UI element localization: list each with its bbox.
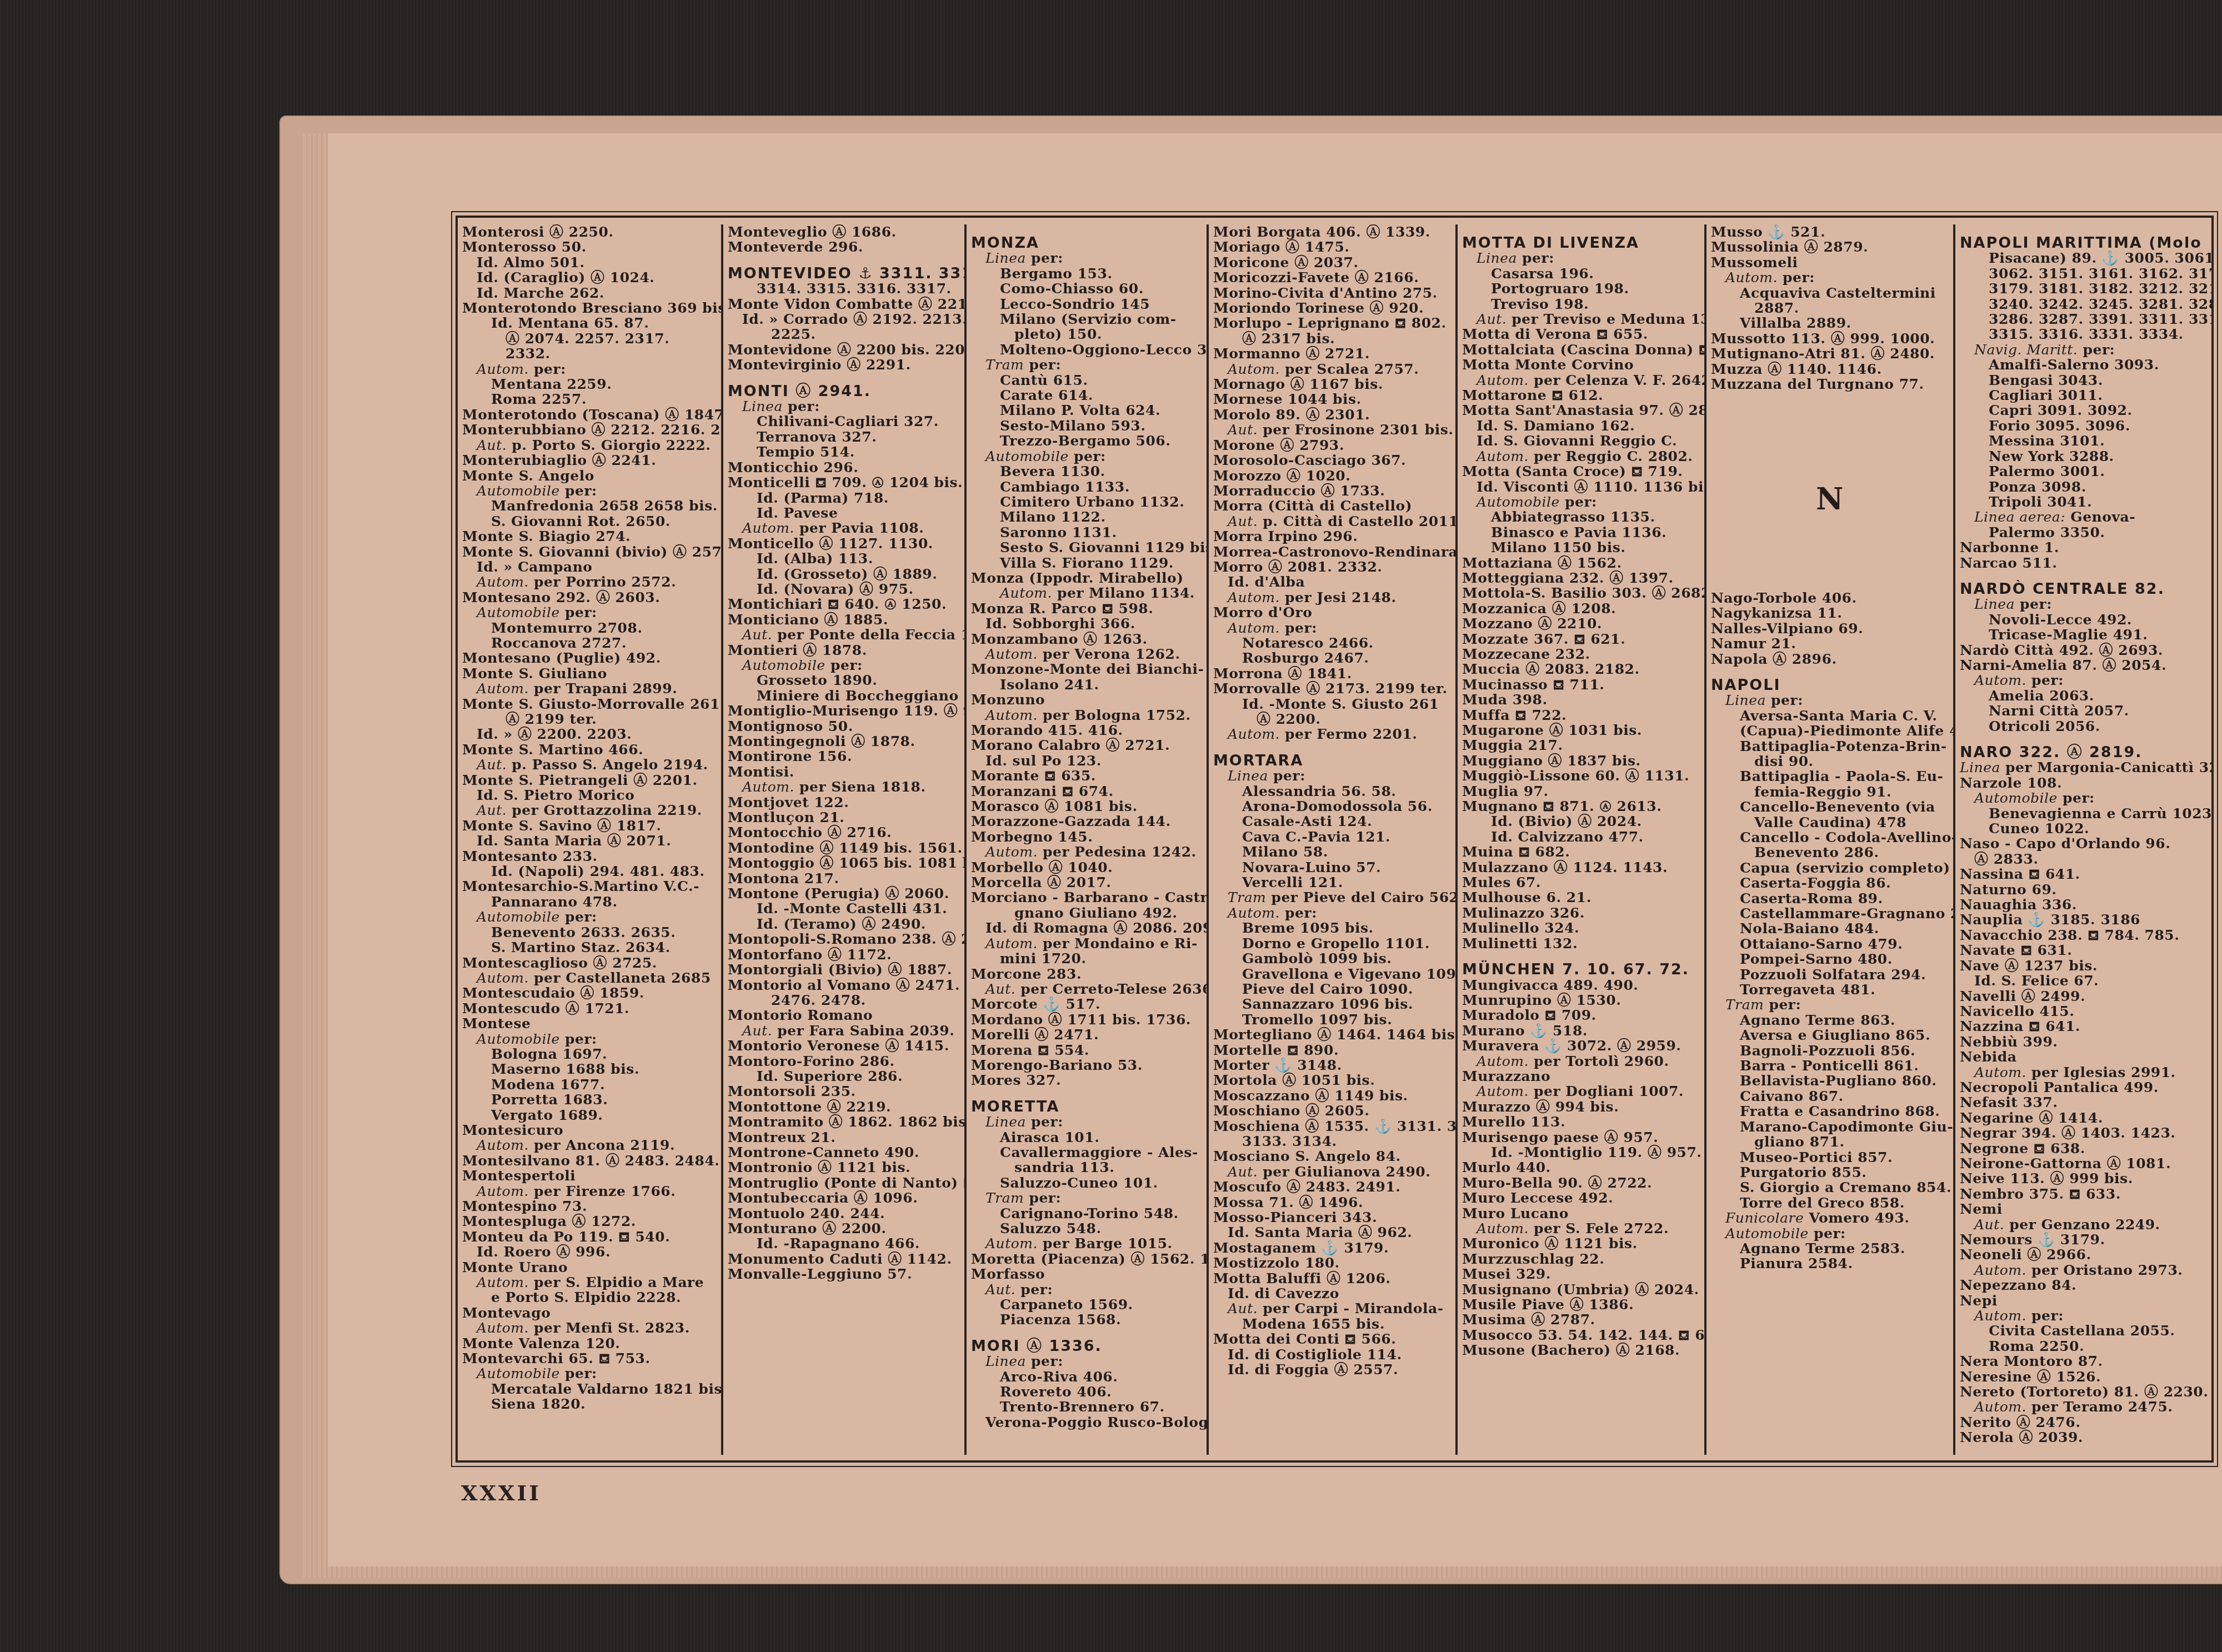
index-entry: Mulinetti 132. <box>1462 936 1700 951</box>
index-entry: Autom. per Porrino 2572. <box>462 574 717 589</box>
index-entry: Funicolare Vomero 493. <box>1711 1210 1949 1225</box>
index-entry: Linea aerea: Genova- <box>1960 509 2207 524</box>
service-type-label: Autom. <box>1477 448 1529 464</box>
index-entry: Novoli-Lecce 492. <box>1960 612 2207 627</box>
index-entry: Autom. per Milano 1134. <box>971 585 1202 600</box>
index-entry: 3240. 3242. 3245. 3281. 3285. <box>1960 297 2207 312</box>
index-entry: Id. Sobborghi 366. <box>971 616 1202 631</box>
index-entry: Montesilvano 81. Ⓐ 2483. 2484. <box>462 1153 717 1168</box>
index-entry: Nauaghia 336. <box>1960 897 2207 912</box>
index-entry: Automobile per: <box>1711 1226 1949 1241</box>
service-type-label: Linea <box>985 250 1026 266</box>
station-heading: MONTI Ⓐ 2941. <box>728 384 960 399</box>
index-entry: Forio 3095. 3096. <box>1960 418 2207 433</box>
index-entry: Monte Urano <box>462 1260 717 1275</box>
index-entry: S. Giovanni Rot. 2650. <box>462 514 717 529</box>
index-entry: Musone (Bachero) Ⓐ 2168. <box>1462 1343 1700 1358</box>
index-entry: Automobile per: <box>728 658 960 673</box>
index-entry: Sesto S. Giovanni 1129 bis. <box>971 540 1202 555</box>
index-entry: Airasca 101. <box>971 1130 1202 1145</box>
index-entry: Montesano (Puglie) 492. <box>462 650 717 665</box>
index-entry: Alessandria 56. 58. <box>1213 784 1451 799</box>
service-type-label: Autom. <box>477 574 529 590</box>
index-entry: Cava C.-Pavia 121. <box>1213 829 1451 844</box>
index-entry: Aut. per: <box>971 1282 1202 1297</box>
service-type-label: Linea <box>1974 596 2015 612</box>
index-entry: Mortola Ⓐ 1051 bis. <box>1213 1073 1451 1088</box>
index-entry: Aut. per Grottazzolina 2219. <box>462 803 717 818</box>
index-entry: Museo-Portici 857. <box>1711 1150 1949 1165</box>
index-entry: Morbello Ⓐ 1040. <box>971 860 1202 875</box>
index-entry: Id. -Montiglio 119. Ⓐ 957. <box>1462 1145 1700 1160</box>
index-entry: Amalfi-Salerno 3093. <box>1960 357 2207 372</box>
service-type-label: Linea aerea: <box>1974 509 2065 525</box>
index-entry: Mottarone ⛾ 612. <box>1462 388 1700 403</box>
index-entry: Pozzuoli Solfatara 294. <box>1711 967 1949 982</box>
index-entry: Montespino 73. <box>462 1199 717 1214</box>
index-entry: Montescaglioso Ⓐ 2725. <box>462 955 717 970</box>
index-entry: Id. (Parma) 718. <box>728 490 960 505</box>
index-entry: Automobile per: <box>971 449 1202 464</box>
index-entry: Negarine Ⓐ 1414. <box>1960 1110 2207 1125</box>
index-entry: Namur 21. <box>1711 636 1949 651</box>
index-entry: Negrar 394. Ⓐ 1403. 1423. <box>1960 1125 2207 1140</box>
index-entry: S. Martino Staz. 2634. <box>462 940 717 955</box>
index-column-3: MONZALinea per:Bergamo 153.Como-Chiasso … <box>964 224 1207 1455</box>
index-entry: Villa S. Fiorano 1129. <box>971 555 1202 570</box>
index-entry: Aversa e Giugliano 865. <box>1711 1028 1949 1043</box>
service-type-label: Aut. <box>1974 1217 2004 1233</box>
index-entry: 3286. 3287. 3391. 3311. 3314. <box>1960 312 2207 327</box>
station-heading: MORETTA <box>971 1099 1202 1114</box>
index-entry: Montramito Ⓐ 1862. 1862 bis. <box>728 1114 960 1129</box>
index-entry: Monterotondo Bresciano 369 bis. <box>462 301 717 316</box>
index-entry: Cancello - Codola-Avellino- <box>1711 830 1949 845</box>
index-entry: Autom. per Fermo 2201. <box>1213 727 1451 742</box>
index-entry: Cancello-Benevento (via <box>1711 799 1949 814</box>
index-entry: Muronico Ⓐ 1121 bis. <box>1462 1236 1700 1251</box>
index-entry: Id. sul Po 123. <box>971 753 1202 768</box>
index-entry: Mosso-Pianceri 343. <box>1213 1210 1451 1225</box>
index-entry: Binasco e Pavia 1136. <box>1462 525 1700 540</box>
service-type-label: Automobile <box>985 448 1069 464</box>
index-entry: Morone Ⓐ 2793. <box>1213 438 1451 453</box>
index-entry: Ⓐ 2833. <box>1960 852 2207 867</box>
index-table-frame: Monterosi Ⓐ 2250.Monterosso 50.Id. Almo … <box>456 216 2214 1463</box>
index-entry: Id. Superiore 286. <box>728 1069 960 1084</box>
index-entry: Notaresco 2466. <box>1213 635 1451 650</box>
index-entry: Muzza Ⓐ 1140. 1146. <box>1711 362 1949 377</box>
index-entry: Autom. per Scalea 2757. <box>1213 362 1451 377</box>
index-entry: Linea per: <box>971 251 1202 266</box>
index-entry: Mussolinia Ⓐ 2879. <box>1711 239 1949 254</box>
index-entry: Pannarano 478. <box>462 894 717 909</box>
index-entry: Negrone ⛾ 638. <box>1960 1141 2207 1156</box>
index-entry: Morra (Città di Castello) <box>1213 498 1451 513</box>
index-entry: Linea per: <box>971 1354 1202 1369</box>
index-entry: Autom. per Celenza V. F. 2642 <box>1462 373 1700 388</box>
index-entry: Musei 329. <box>1462 1266 1700 1281</box>
index-entry: Morante ⛾ 635. <box>971 768 1202 783</box>
service-type-label: Autom. <box>985 707 1038 723</box>
index-entry: Mutignano-Atri 81. Ⓐ 2480. <box>1711 346 1949 361</box>
index-entry: Napola Ⓐ 2896. <box>1711 652 1949 667</box>
index-entry: Agnano Terme 863. <box>1711 1013 1949 1028</box>
service-type-label: Automobile <box>1725 1225 1809 1241</box>
service-type-label: Autom. <box>477 361 529 377</box>
index-entry: Id. di Romagna Ⓐ 2086. 2098 <box>971 920 1202 935</box>
service-type-label: Automobile <box>1477 494 1560 510</box>
index-entry: Ottaiano-Sarno 479. <box>1711 937 1949 952</box>
index-entry: Neresine Ⓐ 1526. <box>1960 1369 2207 1384</box>
index-entry: 3133. 3134. <box>1213 1134 1451 1149</box>
index-entry: Nago-Torbole 406. <box>1711 590 1949 605</box>
index-entry: Roccanova 2727. <box>462 635 717 650</box>
index-entry: Aut. per Ponte della Feccia 1884. <box>728 627 960 642</box>
index-entry: Montocchio Ⓐ 2716. <box>728 825 960 840</box>
index-entry: Saluzzo 548. <box>971 1221 1202 1236</box>
index-entry: Messina 3101. <box>1960 433 2207 448</box>
service-type-label: Aut. <box>477 437 507 453</box>
service-type-label: Linea <box>1725 692 1766 708</box>
index-entry: Ⓐ 2317 bis. <box>1213 331 1451 346</box>
index-entry: Montorio al Vomano Ⓐ 2471. <box>728 978 960 993</box>
index-entry: Mores 327. <box>971 1073 1202 1088</box>
service-type-label: Autom. <box>1974 672 2026 688</box>
index-entry: Autom. per: <box>1213 905 1451 920</box>
service-type-label: Automobile <box>477 1031 560 1047</box>
index-entry: Aversa-Santa Maria C. V. <box>1711 708 1949 723</box>
index-entry: Montesicuro <box>462 1123 717 1138</box>
index-entry: Morra Irpino 296. <box>1213 529 1451 544</box>
index-entry: Montorio Romano <box>728 1008 960 1023</box>
index-entry: Milano (Servizio com- <box>971 312 1202 327</box>
index-entry: Milano P. Volta 624. <box>971 403 1202 418</box>
service-type-label: Aut. <box>742 627 772 643</box>
index-entry: gnano Giuliano 492. <box>971 905 1202 920</box>
index-entry: Autom. per Reggio C. 2802. <box>1462 449 1700 464</box>
index-entry: Mossa 71. Ⓐ 1496. <box>1213 1195 1451 1210</box>
index-entry: Monteveglio Ⓐ 1686. <box>728 224 960 239</box>
index-entry: Morengo-Bariano 53. <box>971 1058 1202 1073</box>
index-entry: Mussotto 113. Ⓐ 999. 1000. <box>1711 331 1949 346</box>
index-entry: Ⓐ 2074. 2257. 2317. <box>462 331 717 346</box>
index-entry: Abbiategrasso 1135. <box>1462 509 1700 524</box>
index-entry: Id. Visconti Ⓐ 1110. 1136 bis. <box>1462 479 1700 494</box>
index-entry: Tram per: <box>971 357 1202 372</box>
index-entry: Id. S. Giovanni Reggio C. <box>1462 433 1700 448</box>
index-entry: Aut. per Carpi - Mirandola- <box>1213 1301 1451 1316</box>
index-entry: Montisi. <box>728 764 960 779</box>
index-entry: Torre del Greco 858. <box>1711 1195 1949 1210</box>
station-heading: NAPOLI MARITTIMA (Molo <box>1960 236 2207 251</box>
index-entry: Mercatale Valdarno 1821 bis <box>462 1381 717 1396</box>
index-entry: Montevirginio Ⓐ 2291. <box>728 357 960 372</box>
service-type-label: Autom. <box>1974 1399 2026 1415</box>
index-entry: Marano-Capodimonte Giu- <box>1711 1119 1949 1134</box>
index-entry: Benevento 286. <box>1711 845 1949 860</box>
index-entry: Morosolo-Casciago 367. <box>1213 453 1451 468</box>
column-6-m-entries: Musso ⚓ 521.Mussolinia Ⓐ 2879.MussomeliA… <box>1711 224 1949 392</box>
index-entry: Id. S. Damiano 162. <box>1462 418 1700 433</box>
index-entry: Automobile per: <box>462 1032 717 1047</box>
index-entry: Montruglio (Ponte di Nanto) ⛾ 660. <box>728 1175 960 1190</box>
index-entry: Montreux 21. <box>728 1130 960 1145</box>
index-entry: Automobile per: <box>462 1366 717 1381</box>
index-entry: Id. » Campano <box>462 559 717 574</box>
index-entry: Automobile per: <box>1960 790 2207 805</box>
index-entry: Monte S. Angelo <box>462 468 717 483</box>
index-entry: Nebida <box>1960 1049 2207 1064</box>
index-entry: Mugarone Ⓐ 1031 bis. <box>1462 723 1700 738</box>
index-entry: Montorfano Ⓐ 1172. <box>728 947 960 962</box>
index-entry: Linea per: <box>971 1114 1202 1129</box>
index-column-1: Monterosi Ⓐ 2250.Monterosso 50.Id. Almo … <box>458 224 721 1455</box>
index-entry: Nembro 375. ⛾ 633. <box>1960 1187 2207 1202</box>
index-entry: Id. d'Alba <box>1213 574 1451 589</box>
index-entry: Mussomeli <box>1711 255 1949 270</box>
index-entry: Moricozzi-Favete Ⓐ 2166. <box>1213 270 1451 285</box>
index-entry: Narni Città 2057. <box>1960 703 2207 718</box>
index-entry: Arona-Domodossola 56. <box>1213 799 1451 814</box>
index-entry: Purgatorio 855. <box>1711 1165 1949 1180</box>
index-entry: Navacchio 238. ⛾ 784. 785. <box>1960 928 2207 943</box>
station-heading: MÜNCHEN 7. 10. 67. 72. <box>1462 962 1700 977</box>
service-type-label: Linea <box>985 1353 1026 1369</box>
index-entry: Montrone-Canneto 490. <box>728 1145 960 1160</box>
index-entry: Mules 67. <box>1462 875 1700 890</box>
index-entry: Naturno 69. <box>1960 882 2207 897</box>
index-entry: Nardò Città 492. Ⓐ 2693. <box>1960 643 2207 658</box>
station-heading: NARO 322. Ⓐ 2819. <box>1960 745 2207 760</box>
index-entry: Id. (Napoli) 294. 481. 483. <box>462 864 717 879</box>
index-entry: Manfredonia 2658 2658 bis. <box>462 498 717 513</box>
index-entry: Monteu da Po 119. ⛾ 540. <box>462 1229 717 1244</box>
service-type-label: Autom. <box>1974 1064 2026 1080</box>
index-entry: Morro d'Oro <box>1213 605 1451 620</box>
index-entry: Monza R. Parco ⛾ 598. <box>971 601 1202 616</box>
index-entry: Id. (Grosseto) Ⓐ 1889. <box>728 567 960 582</box>
index-entry: Novara-Luino 57. <box>1213 860 1451 875</box>
index-entry: Mornago Ⓐ 1167 bis. <box>1213 377 1451 392</box>
index-entry: Morcella Ⓐ 2017. <box>971 875 1202 890</box>
index-entry: Montignoso 50. <box>728 719 960 734</box>
index-entry: Civita Castellana 2055. <box>1960 1323 2207 1338</box>
index-entry: Monterosso 50. <box>462 239 717 254</box>
index-entry: femia-Reggio 91. <box>1711 784 1949 799</box>
index-entry: Dorno e Gropello 1101. <box>1213 936 1451 951</box>
service-type-label: Aut. <box>1228 1300 1258 1316</box>
index-entry: 2332. <box>462 346 717 361</box>
index-entry: Moscufo Ⓐ 2483. 2491. <box>1213 1179 1451 1194</box>
index-entry: Muccia Ⓐ 2083. 2182. <box>1462 662 1700 677</box>
index-entry: Monterubiaglio Ⓐ 2241. <box>462 453 717 468</box>
index-entry: Autom. per S. Fele 2722. <box>1462 1221 1700 1236</box>
service-type-label: Autom. <box>1974 1308 2026 1324</box>
index-entry: Pisacane) 89. ⚓ 3005. 3061. <box>1960 251 2207 266</box>
index-entry: Castellammare-Gragnano 290. <box>1711 906 1949 921</box>
index-entry: Muro Lucano <box>1462 1206 1700 1221</box>
index-entry: Morano Calabro Ⓐ 2721. <box>971 738 1202 753</box>
index-entry: Autom. per S. Elpidio a Mare <box>462 1275 717 1290</box>
index-entry: Autom. per Bologna 1752. <box>971 708 1202 723</box>
index-entry: Tram per: <box>1711 997 1949 1012</box>
index-entry: Montieri Ⓐ 1878. <box>728 643 960 658</box>
index-entry: Montespluga Ⓐ 1272. <box>462 1214 717 1229</box>
index-entry: e Porto S. Elpidio 2228. <box>462 1290 717 1305</box>
index-entry: Monte S. Giusto-Morrovalle 261 <box>462 697 717 712</box>
page-number: XXXII <box>461 1480 541 1505</box>
index-entry: Aut. p. Città di Castello 2011. <box>1213 514 1451 529</box>
service-type-label: Autom. <box>742 520 794 536</box>
index-entry: Montubeccaria Ⓐ 1096. <box>728 1190 960 1205</box>
index-entry: Morraduccio Ⓐ 1733. <box>1213 483 1451 498</box>
index-entry: Motta dei Conti ⛾ 566. <box>1213 1331 1451 1346</box>
service-type-label: Autom. <box>742 779 794 795</box>
index-entry: Nassina ⛾ 641. <box>1960 867 2207 882</box>
index-entry: Montese <box>462 1016 717 1031</box>
index-entry: Id. Santa Maria Ⓐ 2071. <box>462 833 717 848</box>
service-type-label: Autom. <box>1228 589 1280 605</box>
index-entry: Pieve del Cairo 1090. <box>1213 982 1451 997</box>
index-entry: Agnano Terme 2583. <box>1711 1241 1949 1256</box>
index-entry: Grosseto 1890. <box>728 673 960 688</box>
index-entry: Id. (Alba) 113. <box>728 551 960 566</box>
index-entry: Casale-Asti 124. <box>1213 814 1451 829</box>
index-entry: Verona-Poggio Rusco-Bologna 67 <box>971 1415 1202 1430</box>
index-entry: Muffa ⛾ 722. <box>1462 708 1700 723</box>
service-type-label: Autom. <box>1974 1262 2026 1278</box>
station-heading: NAPOLI <box>1711 678 1949 693</box>
service-type-label: Aut. <box>1228 513 1258 529</box>
index-entry: Montuolo 240. 244. <box>728 1206 960 1221</box>
service-type-label: Autom. <box>477 1183 529 1199</box>
index-entry: Montemurro 2708. <box>462 620 717 635</box>
index-entry: Siena 1820. <box>462 1396 717 1411</box>
index-entry: Montluçon 21. <box>728 810 960 825</box>
index-entry: Id. S. Felice 67. <box>1960 973 2207 988</box>
index-entry: Monvalle-Leggiuno 57. <box>728 1266 960 1281</box>
index-entry: Monzuno <box>971 692 1202 707</box>
index-entry: Id. -Rapagnano 466. <box>728 1236 960 1251</box>
index-entry: Battipaglia-Potenza-Brin- <box>1711 739 1949 754</box>
station-heading: MONTEVIDEO ⚓ 3311. 3312. <box>728 266 960 281</box>
index-entry: Id. (Novara) Ⓐ 975. <box>728 582 960 597</box>
index-entry: Torregaveta 481. <box>1711 982 1949 997</box>
index-entry: 3314. 3315. 3316. 3317. <box>728 281 960 296</box>
index-entry: Lecco-Sondrio 145 <box>971 297 1202 312</box>
index-entry: Muina ⛾ 682. <box>1462 844 1700 859</box>
index-entry: Montorio Veronese Ⓐ 1415. <box>728 1038 960 1053</box>
column-6-n-entries: Nago-Torbole 406.Nagykanizsa 11.Nalles-V… <box>1711 590 1949 1271</box>
index-entry: Autom. per Tortolì 2960. <box>1462 1054 1700 1069</box>
service-type-label: Aut. <box>985 1281 1015 1298</box>
index-entry: Montoro-Forino 286. <box>728 1054 960 1069</box>
index-entry: Morelli Ⓐ 2471. <box>971 1027 1202 1042</box>
index-entry: Murisengo paese Ⓐ 957. <box>1462 1130 1700 1145</box>
index-entry: Ⓐ 2199 ter. <box>462 712 717 727</box>
service-type-label: Navig. Maritt. <box>1974 342 2078 358</box>
service-type-label: Autom. <box>1228 620 1280 636</box>
index-entry: Autom. per Oristano 2973. <box>1960 1263 2207 1278</box>
index-entry: Morfasso <box>971 1266 1202 1281</box>
index-entry: Mozzecane 232. <box>1462 647 1700 662</box>
index-entry: Navate ⛾ 631. <box>1960 943 2207 958</box>
index-entry: Morter ⚓ 3148. <box>1213 1058 1451 1073</box>
index-entry: Monte Vidon Combatte Ⓐ 2214. <box>728 297 960 312</box>
index-entry: Battipaglia - Paola-S. Eu- <box>1711 769 1949 784</box>
service-type-label: Autom. <box>477 1320 529 1336</box>
index-entry: Monte Valenza 120. <box>462 1336 717 1351</box>
index-entry: Cagliari 3011. <box>1960 388 2207 403</box>
index-entry: 3315. 3316. 3331. 3334. <box>1960 327 2207 342</box>
index-entry: Muggia 217. <box>1462 738 1700 753</box>
index-entry: 2476. 2478. <box>728 993 960 1008</box>
index-entry: Mulhouse 6. 21. <box>1462 890 1700 905</box>
index-entry: Cambiago 1133. <box>971 479 1202 494</box>
service-type-label: Autom. <box>985 646 1038 662</box>
index-entry: Capri 3091. 3092. <box>1960 403 2207 418</box>
index-entry: Nefasit 337. <box>1960 1095 2207 1110</box>
index-entry: Isolano 241. <box>971 677 1202 692</box>
index-entry: Morolo 89. Ⓐ 2301. <box>1213 407 1451 422</box>
service-type-label: Linea <box>742 398 783 414</box>
index-entry: Porretta 1683. <box>462 1092 717 1107</box>
index-entry: Mostaganem ⚓ 3179. <box>1213 1240 1451 1255</box>
index-entry: Autom. per Pavia 1108. <box>728 520 960 535</box>
service-type-label: Autom. <box>1228 726 1280 742</box>
service-type-label: Autom. <box>985 1235 1038 1251</box>
index-entry: Tempio 514. <box>728 444 960 459</box>
service-type-label: Autom. <box>1477 372 1529 388</box>
index-entry: Id. (Caraglio) Ⓐ 1024. <box>462 270 717 285</box>
index-entry: Id. Roero Ⓐ 996. <box>462 1244 717 1259</box>
index-entry: Milano 58. <box>1213 844 1451 859</box>
index-entry: Mozzate 367. ⛾ 621. <box>1462 632 1700 647</box>
service-type-label: Autom. <box>1477 1053 1529 1069</box>
service-type-label: Linea <box>985 1114 1026 1130</box>
index-entry: Montichiari ⛾ 640. Ⓐ 1250. <box>728 597 960 612</box>
index-entry: Linea per: <box>728 399 960 414</box>
index-entry: Mentana 2259. <box>462 377 717 392</box>
index-entry: Montevago <box>462 1305 717 1320</box>
index-entry: Aut. per Treviso e Meduna 1385. <box>1462 312 1700 327</box>
index-entry: Automobile per: <box>462 605 717 620</box>
service-type-label: Autom. <box>1477 1220 1529 1237</box>
index-entry: Bellavista-Pugliano 860. <box>1711 1073 1949 1088</box>
index-entry: Musso ⚓ 521. <box>1711 224 1949 239</box>
index-entry: Monterotondo (Toscana) Ⓐ 1847. <box>462 407 717 422</box>
index-entry: Id. di Costigliole 114. <box>1213 1347 1451 1362</box>
index-entry: Moriondo Torinese Ⓐ 920. <box>1213 301 1451 316</box>
index-entry: Mulazzano Ⓐ 1124. 1143. <box>1462 860 1700 875</box>
index-entry: Valle Caudina) 478 <box>1711 815 1949 830</box>
service-type-label: Automobile <box>742 657 825 673</box>
service-type-label: Funicolare <box>1725 1210 1804 1226</box>
index-entry: Monte S. Giovanni (bivio) Ⓐ 2571 <box>462 544 717 559</box>
index-entry: Piacenza 1568. <box>971 1312 1202 1327</box>
index-entry: Autom. per Siena 1818. <box>728 779 960 794</box>
index-entry: Id. » Ⓐ 2200. 2203. <box>462 727 717 742</box>
index-entry: Molteno-Oggiono-Lecco 366 <box>971 342 1202 357</box>
index-entry: Motta di Verona ⛾ 655. <box>1462 327 1700 342</box>
index-entry: Monticiano Ⓐ 1885. <box>728 612 960 627</box>
index-entry: Muro Leccese 492. <box>1462 1190 1700 1205</box>
index-entry: Linea per: <box>1462 251 1700 266</box>
service-type-label: Automobile <box>477 604 560 620</box>
index-entry: Mori Borgata 406. Ⓐ 1339. <box>1213 224 1451 239</box>
index-entry: Morcote ⚓ 517. <box>971 997 1202 1012</box>
